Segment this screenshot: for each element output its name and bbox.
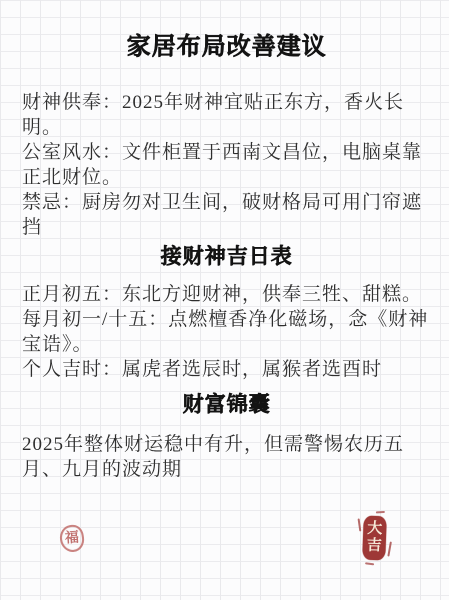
document-body: 家居布局改善建议 财神供奉：2025年财神宜贴正东方，香火长明。 公室风水：文件…: [0, 32, 449, 560]
section-auspicious-days: 正月初五：东北方迎财神，供奉三牲、甜糕。 每月初一/十五：点燃檀香净化磁场，念《…: [22, 282, 431, 382]
seal-tick-mark: [365, 562, 374, 565]
fu-seal-label: 福: [65, 531, 80, 546]
seal-stamps-row: 福 大吉: [22, 516, 431, 560]
paragraph-first-month-fifth-day: 正月初五：东北方迎财神，供奉三牲、甜糕。: [22, 282, 431, 307]
paragraph-2025-fortune-outlook: 2025年整体财运稳中有升，但需警惕农历五月、九月的波动期: [22, 432, 431, 482]
section-wealth-tips: 2025年整体财运稳中有升，但需警惕农历五月、九月的波动期: [22, 432, 431, 482]
daji-seal-stamp: 大吉: [362, 516, 387, 561]
paragraph-wealth-god-worship: 财神供奉：2025年财神宜贴正东方，香火长明。: [22, 90, 431, 140]
document-title: 家居布局改善建议: [22, 32, 431, 62]
paragraph-monthly-ritual: 每月初一/十五：点燃檀香净化磁场，念《财神宝诰》。: [22, 307, 431, 357]
seal-tick-mark: [376, 511, 385, 514]
paragraph-office-fengshui: 公室风水：文件柜置于西南文昌位，电脑桌靠正北财位。: [22, 140, 431, 190]
paragraph-personal-lucky-hours: 个人吉时：属虎者选辰时，属猴者选酉时: [22, 357, 431, 382]
fu-seal-stamp: 福: [58, 523, 86, 553]
daji-seal-label: 大吉: [366, 521, 382, 556]
section-heading-auspicious-days: 接财神吉日表: [22, 242, 431, 270]
paragraph-taboo: 禁忌：厨房勿对卫生间，破财格局可用门帘遮挡: [22, 190, 431, 240]
section-heading-wealth-tips: 财富锦囊: [22, 390, 431, 418]
grid-paper-page: 家居布局改善建议 财神供奉：2025年财神宜贴正东方，香火长明。 公室风水：文件…: [0, 0, 449, 600]
section-home-layout: 财神供奉：2025年财神宜贴正东方，香火长明。 公室风水：文件柜置于西南文昌位，…: [22, 90, 431, 240]
